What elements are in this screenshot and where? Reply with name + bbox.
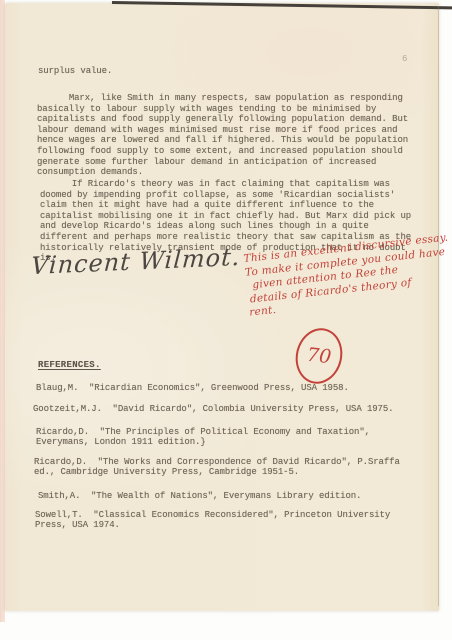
reference-item-ricardo-principles: Ricardo,D. "The Principles of Political … [36, 427, 436, 447]
scanned-page-content: 6 surplus value. Marx, like Smith in man… [0, 0, 452, 640]
grade-circle: 70 [290, 323, 348, 388]
references-heading: REFERENCES. [38, 360, 101, 371]
paragraph-marx-population: Marx, like Smith in many respects, saw p… [37, 93, 437, 178]
reference-item-smith: Smith,A. "The Wealth of Nations", Everym… [38, 491, 438, 501]
reference-item-ricardo-works: Ricardo,D. "The Works and Correspondence… [34, 457, 446, 477]
grade-value: 70 [306, 344, 332, 368]
reference-item-sowell: Sowell,T. "Classical Economics Reconside… [35, 510, 435, 530]
reference-item-blaug: Blaug,M. "Ricardian Economics", Greenwoo… [36, 383, 436, 393]
page-number: 6 [402, 54, 407, 65]
reference-item-gootzeit: Gootzeit,M.J. "David Ricardo", Colombia … [33, 404, 441, 414]
paragraph-surplus-value: surplus value. [38, 66, 112, 77]
